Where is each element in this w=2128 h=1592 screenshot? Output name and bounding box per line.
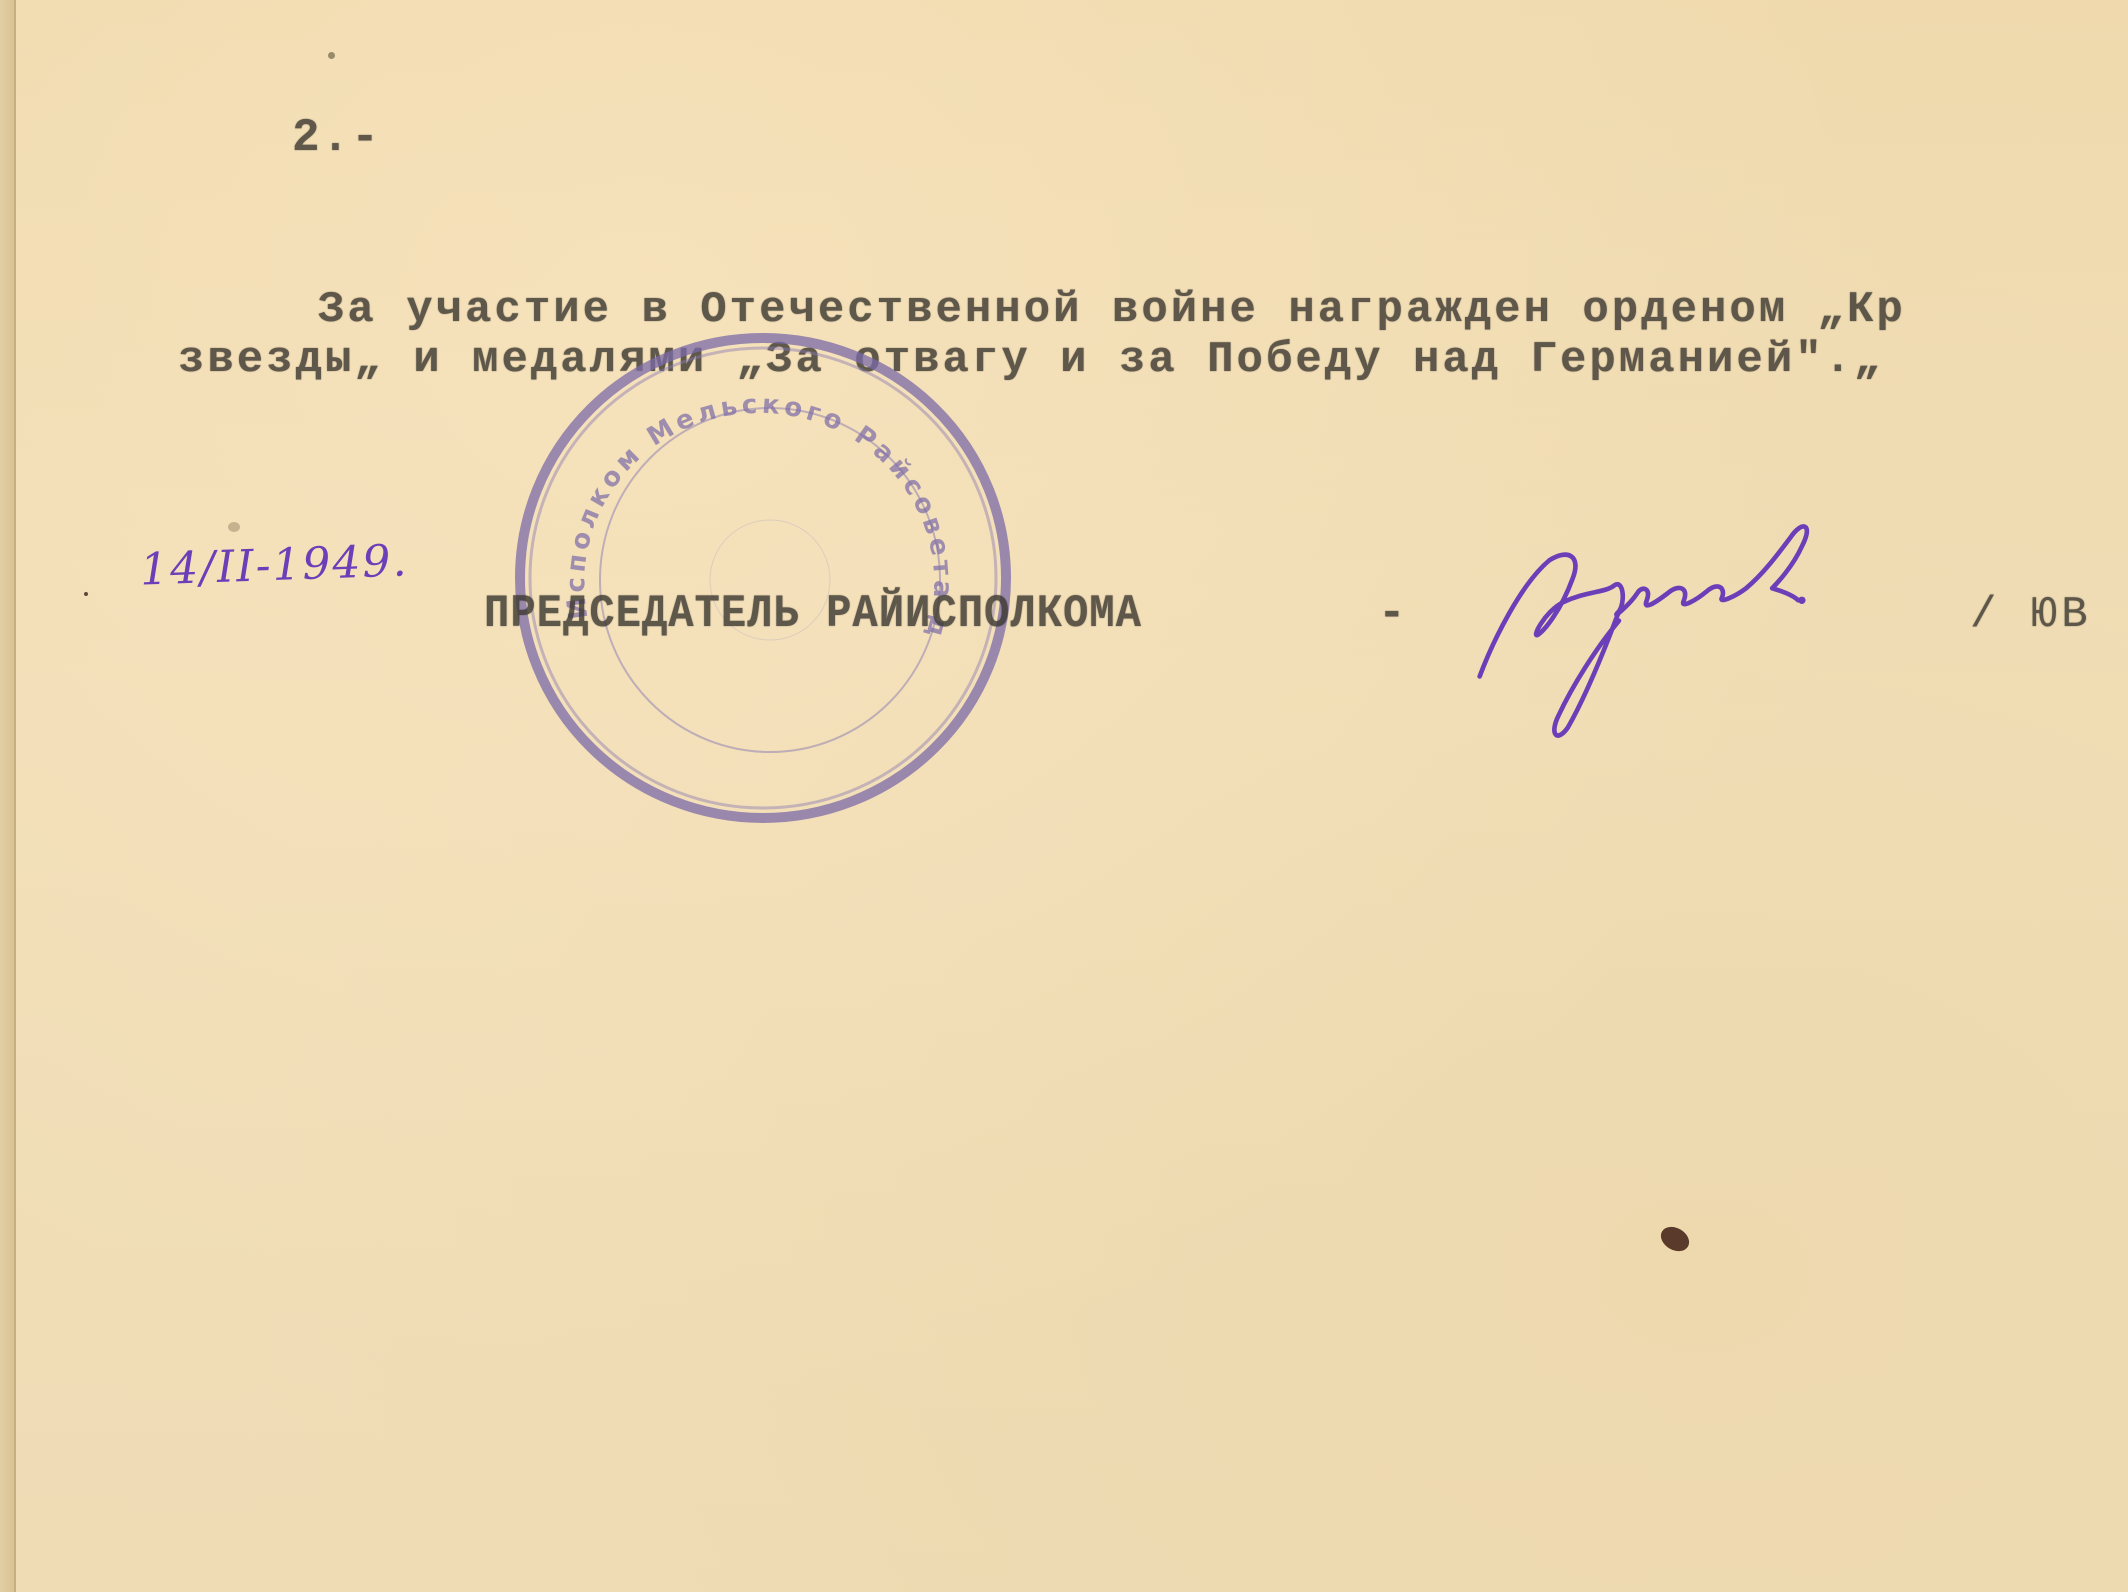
speck [328, 52, 335, 59]
page-edge [0, 0, 16, 1592]
handwritten-date: 14/II-1949. [139, 535, 409, 595]
signature-icon: Кузин [1450, 500, 1890, 760]
chairman-title: ПРЕДСЕДАТЕЛЬ РАЙИСПОЛКОМА [484, 588, 1142, 640]
title-dash: - [1378, 588, 1408, 640]
page-number: 2.- [292, 112, 381, 164]
svg-text:Кузин: Кузин [1456, 500, 1459, 501]
round-stamp-icon: Исполком Мельского Райсовета депутатов т… [508, 328, 1018, 828]
surname-fragment: / ЮВ [1970, 590, 2092, 640]
speck [84, 592, 88, 596]
speck [228, 522, 240, 532]
paper-background [0, 0, 2128, 1592]
body-text-line-2: звезды„ и медалями „За отвагу и за Побед… [178, 335, 1883, 385]
